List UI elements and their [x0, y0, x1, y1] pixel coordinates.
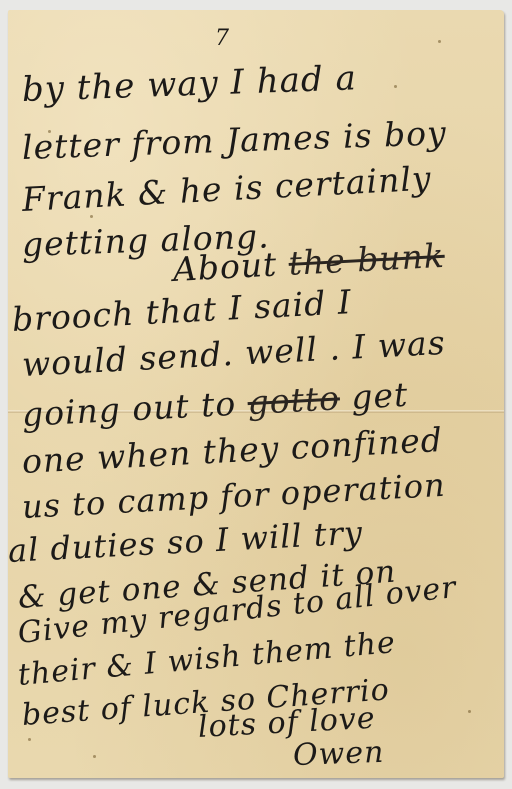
struck-through-text: the bunk: [288, 236, 446, 283]
paper-spot: [468, 710, 471, 713]
letter-signature: Owen: [292, 735, 385, 773]
struck-through-text: gotto: [247, 378, 341, 422]
page-number: 7: [215, 26, 229, 51]
letter-page: 7 by the way I had a letter from James i…: [8, 10, 504, 778]
paper-spot: [28, 738, 31, 741]
letter-line: by the way I had a: [21, 58, 357, 110]
paper-spot: [93, 755, 96, 758]
paper-spot: [394, 85, 397, 88]
letter-line: letter from James is boy: [21, 113, 447, 167]
letter-line: Frank & he is certainly: [21, 159, 432, 219]
letter-text: get: [339, 375, 409, 418]
letter-text: About: [172, 244, 290, 289]
paper-spot: [438, 40, 441, 43]
letter-text: going out to: [21, 383, 249, 434]
